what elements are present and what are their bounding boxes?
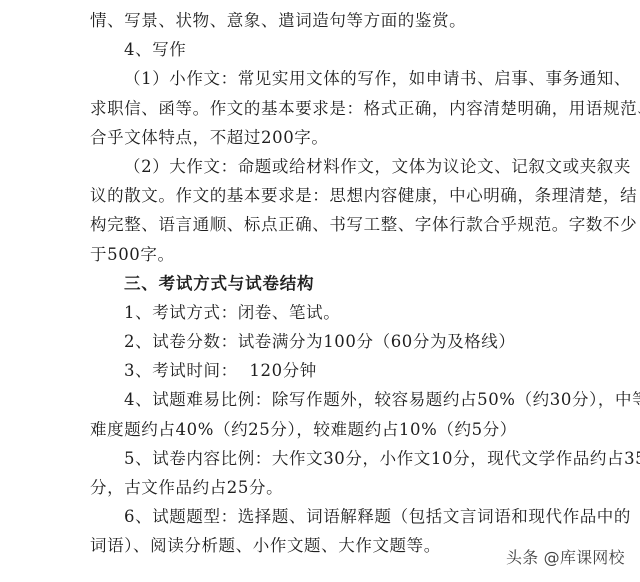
text-line: 求职信、函等。作文的基本要求是：格式正确，内容清楚明确，用语规范、 [90, 94, 552, 123]
text-line: （1）小作文：常见实用文体的写作，如申请书、启事、事务通知、 [90, 64, 552, 93]
exam-item-5: 5、试卷内容比例：大作文30分，小作文10分，现代文学作品约占35 [90, 444, 552, 473]
text-line: 合乎文体特点，不超过200字。 [90, 123, 552, 152]
text-line: 难度题约占40%（约25分），较难题约占10%（约5分） [90, 415, 552, 444]
watermark: 头条 @库课网校 [506, 545, 625, 568]
text-line: 情、写景、状物、意象、遣词造句等方面的鉴赏。 [90, 6, 552, 35]
exam-item-6: 6、试题题型：选择题、词语解释题（包括文言词语和现代作品中的 [90, 502, 552, 531]
text-line: 于500字。 [90, 240, 552, 269]
exam-item-2: 2、试卷分数：试卷满分为100分（60分为及格线） [90, 327, 552, 356]
section-heading: 三、考试方式与试卷结构 [90, 269, 552, 298]
exam-item-1: 1、考试方式：闭卷、笔试。 [90, 298, 552, 327]
text-line: （2）大作文：命题或给材料作文，文体为议论文、记叙文或夹叙夹 [90, 152, 552, 181]
text-line: 分，古文作品约占25分。 [90, 473, 552, 502]
text-line: 构完整、语言通顺、标点正确、书写工整、字体行款合乎规范。字数不少 [90, 210, 552, 239]
document-page: 情、写景、状物、意象、遣词造句等方面的鉴赏。 4、写作 （1）小作文：常见实用文… [90, 6, 552, 561]
text-line: 词语）、阅读分析题、小作文题、大作文题等。 [90, 531, 552, 560]
subsection-title-writing: 4、写作 [90, 35, 552, 64]
exam-item-3: 3、考试时间： 120分钟 [90, 356, 552, 385]
text-line: 议的散文。作文的基本要求是：思想内容健康，中心明确，条理清楚，结 [90, 181, 552, 210]
exam-item-4: 4、试题难易比例：除写作题外，较容易题约占50%（约30分），中等 [90, 385, 552, 414]
